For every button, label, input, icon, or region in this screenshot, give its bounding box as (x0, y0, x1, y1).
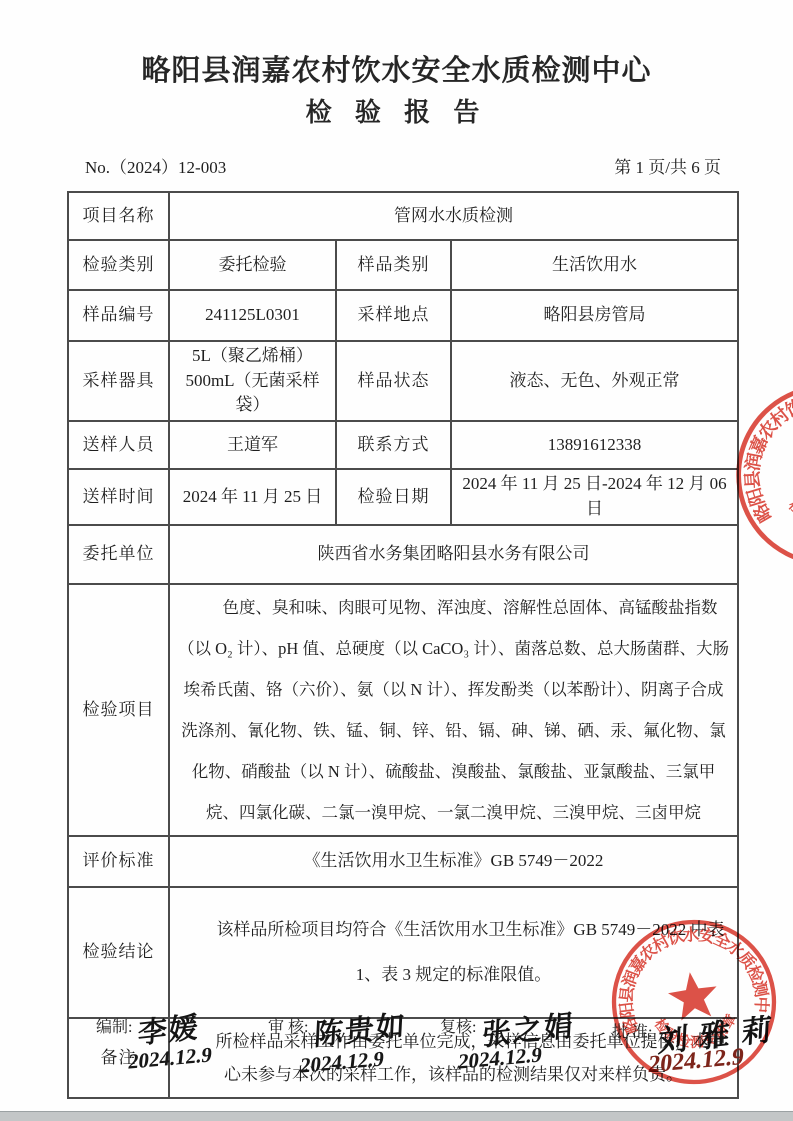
svg-text:检验检测专用章: 检验检测专用章 (782, 470, 793, 542)
value-sampling-site: 略阳县房管局 (451, 290, 738, 341)
seal-ring-text: 略阳县润嘉农村饮水安全水质检测中心 (597, 905, 774, 1040)
report-page: 略阳县润嘉农村饮水安全水质检测中心 检 验 报 告 No.（2024）12-00… (0, 0, 793, 1121)
scan-bottom-edge (0, 1111, 793, 1121)
value-contact: 13891612338 (451, 421, 738, 469)
label-conclusion: 检验结论 (68, 887, 169, 1018)
value-inspection-type: 委托检验 (169, 240, 336, 290)
value-inspection-items: 色度、臭和味、肉眼可见物、浑浊度、溶解性总固体、高锰酸盐指数（以 O₂ 计）、p… (169, 584, 738, 836)
label-client: 委托单位 (68, 525, 169, 584)
rechecked-label: 复核: (440, 1019, 476, 1036)
value-sample-no: 241125L0301 (169, 290, 336, 341)
value-client: 陕西省水务集团略阳县水务有限公司 (169, 525, 738, 584)
label-project-name: 项目名称 (68, 192, 169, 240)
signature-block-prepared: 编制: 李媛 (96, 1008, 200, 1049)
svg-text:略阳县润嘉农村饮水安全水质检测中心: 略阳县润嘉农村饮水安全水质检测中心 (597, 905, 774, 1040)
page-title: 略阳县润嘉农村饮水安全水质检测中心 (0, 48, 793, 89)
report-number: No.（2024）12-003 (85, 153, 226, 178)
signature-block-audited: 审 核: 陈贵如 (268, 1008, 407, 1049)
label-sample-no: 样品编号 (68, 290, 169, 341)
label-inspection-items: 检验项目 (68, 584, 169, 836)
label-inspection-date: 检验日期 (336, 469, 451, 525)
table-row: 送样人员 王道军 联系方式 13891612338 (68, 421, 738, 469)
label-delivery-time: 送样时间 (68, 469, 169, 525)
value-evaluation-standard: 《生活饮用水卫生标准》GB 5749－2022 (169, 836, 738, 887)
seal-bottom-text: 检验检测专用章 (651, 1005, 743, 1056)
seal-bottom-text: 检验检测专用章 (782, 470, 793, 542)
prepared-label: 编制: (96, 1019, 132, 1036)
svg-text:检验检测专用章: 检验检测专用章 (651, 1005, 743, 1056)
label-inspection-type: 检验类别 (68, 240, 169, 290)
value-sample-type: 生活饮用水 (451, 240, 738, 290)
label-sampling-site: 采样地点 (336, 290, 451, 341)
page-indicator: 第 1 页/共 6 页 (614, 153, 721, 178)
audited-label: 审 核: (268, 1019, 308, 1036)
table-row: 委托单位 陕西省水务集团略阳县水务有限公司 (68, 525, 738, 584)
seal-star-icon (666, 969, 721, 1022)
label-sampling-container: 采样器具 (68, 341, 169, 421)
value-sampling-container: 5L（聚乙烯桶） 500mL（无菌采样袋） (169, 341, 336, 421)
report-subtitle: 检 验 报 告 (0, 92, 793, 129)
label-sample-sender: 送样人员 (68, 421, 169, 469)
table-row: 送样时间 2024 年 11 月 25 日 检验日期 2024 年 11 月 2… (68, 469, 738, 525)
value-sample-sender: 王道军 (169, 421, 336, 469)
table-row: 检验项目 色度、臭和味、肉眼可见物、浑浊度、溶解性总固体、高锰酸盐指数（以 O₂… (68, 584, 738, 836)
value-project-name: 管网水水质检测 (169, 192, 738, 240)
label-sample-state: 样品状态 (336, 341, 451, 421)
label-contact: 联系方式 (336, 421, 451, 469)
signature-block-rechecked: 复核: 张之娟 (440, 1008, 575, 1049)
value-inspection-date: 2024 年 11 月 25 日-2024 年 12 月 06 日 (451, 469, 738, 525)
seal-graphic: 略阳县润嘉农村饮水安全水质检测中心 检验检测专用章 (597, 905, 791, 1099)
table-row: 项目名称 管网水水质检测 (68, 192, 738, 240)
table-row: 样品编号 241125L0301 采样地点 略阳县房管局 (68, 290, 738, 341)
table-row: 采样器具 5L（聚乙烯桶） 500mL（无菌采样袋） 样品状态 液态、无色、外观… (68, 341, 738, 421)
audited-signature: 陈贵如 (314, 1003, 409, 1054)
table-row: 评价标准 《生活饮用水卫生标准》GB 5749－2022 (68, 836, 738, 887)
value-sample-state: 液态、无色、外观正常 (451, 341, 738, 421)
label-sample-type: 样品类别 (336, 240, 451, 290)
table-row: 检验类别 委托检验 样品类别 生活饮用水 (68, 240, 738, 290)
value-delivery-time: 2024 年 11 月 25 日 (169, 469, 336, 525)
label-evaluation-standard: 评价标准 (68, 836, 169, 887)
official-seal: 略阳县润嘉农村饮水安全水质检测中心 检验检测专用章 (597, 905, 791, 1099)
